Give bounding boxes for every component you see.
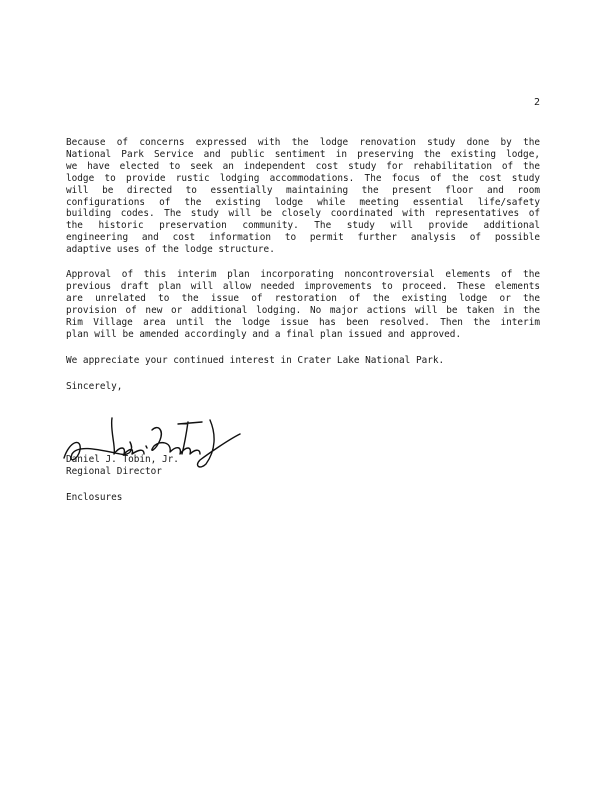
- text-line: Approval of this interim plan incorporat…: [66, 269, 540, 281]
- text-line: will be directed to essentially maintain…: [66, 185, 540, 197]
- text-line: plan will be amended accordingly and a f…: [66, 329, 540, 341]
- paragraph-appreciation: We appreciate your continued interest in…: [66, 355, 444, 367]
- closing: Sincerely,: [66, 381, 122, 393]
- page-number: 2: [534, 97, 540, 108]
- text-line: are unrelated to the issue of restoratio…: [66, 293, 540, 305]
- text-line: previous draft plan will allow needed im…: [66, 281, 540, 293]
- text-line: lodge to provide rustic lodging accommod…: [66, 173, 540, 185]
- signatory-name: Daniel J. Tobin, Jr.: [66, 454, 179, 466]
- text-line: configurations of the existing lodge whi…: [66, 197, 540, 209]
- text-line: Rim Village area until the lodge issue h…: [66, 317, 540, 329]
- text-line: building codes. The study will be closel…: [66, 208, 540, 220]
- text-line: the historic preservation community. The…: [66, 220, 540, 232]
- text-line: adaptive uses of the lodge structure.: [66, 244, 540, 256]
- enclosures-note: Enclosures: [66, 492, 122, 504]
- signatory-title: Regional Director: [66, 466, 162, 478]
- text-line: Because of concerns expressed with the l…: [66, 137, 540, 149]
- paragraph-interim-plan: Approval of this interim plan incorporat…: [66, 269, 540, 340]
- text-line: provision of new or additional lodging. …: [66, 305, 540, 317]
- paragraph-lodge-study: Because of concerns expressed with the l…: [66, 137, 540, 256]
- text-line: National Park Service and public sentime…: [66, 149, 540, 161]
- text-line: we have elected to seek an independent c…: [66, 161, 540, 173]
- text-line: engineering and cost information to perm…: [66, 232, 540, 244]
- letter-page: 2 Because of concerns expressed with the…: [0, 0, 612, 792]
